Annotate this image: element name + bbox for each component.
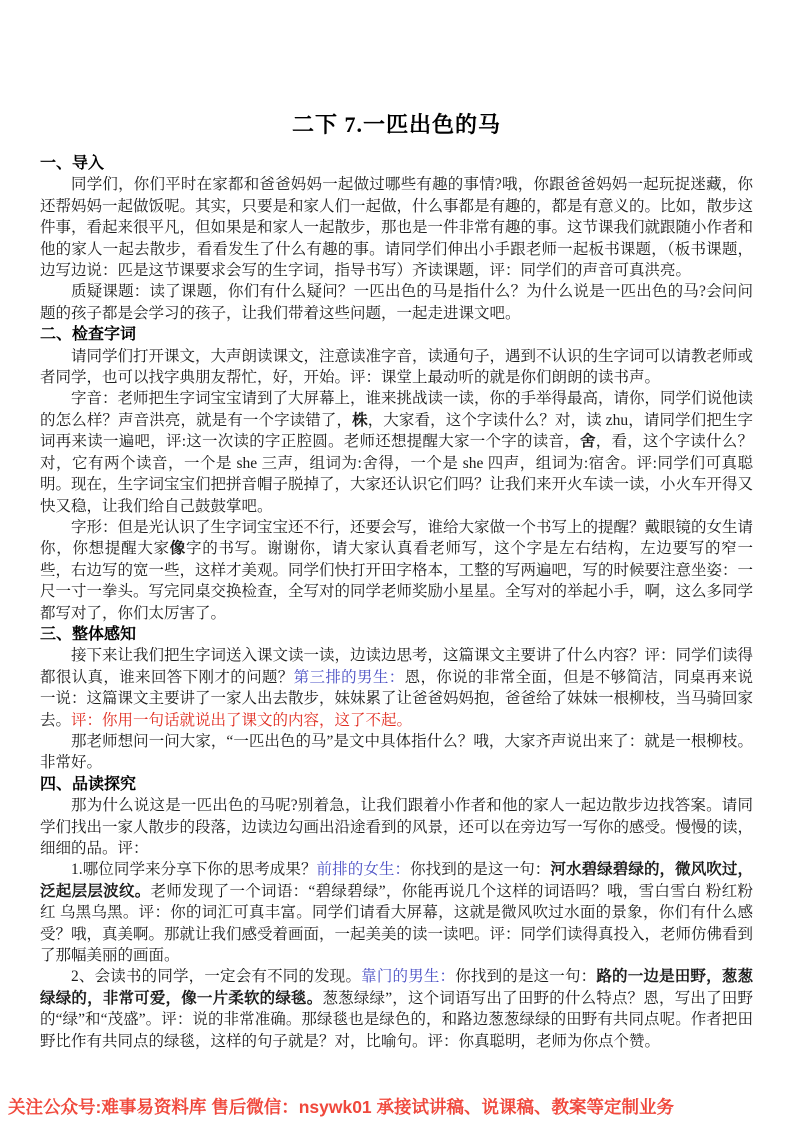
paragraph: 那老师想问一问大家，“一匹出色的马”是文中具体指什么？哦，大家齐声说出来了：就是… bbox=[40, 731, 753, 774]
text-run: 你找到的是这一句： bbox=[410, 861, 550, 878]
text-run-bold: 舍 bbox=[580, 433, 596, 450]
paragraph: 字形：但是光认识了生字词宝宝还不行，还要会写，谁给大家做一个书写上的提醒？戴眼镜… bbox=[40, 517, 753, 624]
paragraph: 同学们，你们平时在家都和爸爸妈妈一起做过哪些有趣的事情?哦，你跟爸爸妈妈一起玩捉… bbox=[40, 174, 753, 281]
paragraph: 字音：老师把生字词宝宝请到了大屏幕上，谁来挑战读一读，你的手举得最高，请你，同学… bbox=[40, 388, 753, 516]
text-run: 请同学们打开课文，大声朗读课文，注意读准字音，读通句子，遇到不认识的生字词可以请… bbox=[40, 348, 753, 386]
text-run-red: 评：你用一句话就说出了课文的内容，这了不起。 bbox=[71, 712, 412, 729]
text-run-bold: 株 bbox=[352, 412, 368, 429]
paragraph: 接下来让我们把生字词送入课文读一读，边读边思考，这篇课文主要讲了什么内容？评：同… bbox=[40, 645, 753, 731]
text-run-blue: 前排的女生： bbox=[317, 861, 411, 878]
document-page: 二下 7.一匹出色的马 一、导入同学们，你们平时在家都和爸爸妈妈一起做过哪些有趣… bbox=[0, 0, 793, 1122]
text-run: 四、品读探究 bbox=[40, 776, 136, 793]
document-body: 一、导入同学们，你们平时在家都和爸爸妈妈一起做过哪些有趣的事情?哦，你跟爸爸妈妈… bbox=[40, 153, 753, 1052]
text-run: 那为什么说这是一匹出色的马呢?别着急，让我们跟着小作者和他的家人一起边散步边找答… bbox=[40, 797, 753, 857]
text-run: 那老师想问一问大家，“一匹出色的马”是文中具体指什么？哦，大家齐声说出来了：就是… bbox=[40, 733, 753, 771]
paragraph: 请同学们打开课文，大声朗读课文，注意读准字音，读通句子，遇到不认识的生字词可以请… bbox=[40, 346, 753, 389]
paragraph: 那为什么说这是一匹出色的马呢?别着急，让我们跟着小作者和他的家人一起边散步边找答… bbox=[40, 795, 753, 859]
paragraph: 2、会读书的同学，一定会有不同的发现。靠门的男生：你找到的是这一句：路的一边是田… bbox=[40, 966, 753, 1052]
text-run: 质疑课题：读了课题，你们有什么疑问？一匹出色的马是指什么？为什么说是一匹出色的马… bbox=[40, 283, 753, 321]
paragraph: 质疑课题：读了课题，你们有什么疑问？一匹出色的马是指什么？为什么说是一匹出色的马… bbox=[40, 281, 753, 324]
text-run-blue: 第三排的男生： bbox=[294, 669, 405, 686]
text-run-bold: 像 bbox=[170, 540, 186, 557]
text-run-blue: 靠门的男生： bbox=[361, 968, 455, 985]
section-heading: 四、品读探究 bbox=[40, 774, 753, 795]
text-run: 2、会读书的同学，一定会有不同的发现。 bbox=[71, 968, 361, 985]
text-run: 你找到的是这一句： bbox=[455, 968, 596, 985]
text-run: 一、导入 bbox=[40, 155, 104, 172]
footer-promo-banner: 关注公众号:难事易资料库 售后微信：nsywk01 承接试讲稿、说课稿、教案等定… bbox=[8, 1096, 787, 1118]
text-run: 三、整体感知 bbox=[40, 626, 136, 643]
document-content: 二下 7.一匹出色的马 一、导入同学们，你们平时在家都和爸爸妈妈一起做过哪些有趣… bbox=[40, 108, 753, 1052]
section-heading: 二、检查字词 bbox=[40, 324, 753, 345]
section-heading: 一、导入 bbox=[40, 153, 753, 174]
text-run: 1.哪位同学来分享下你的思考成果？ bbox=[71, 861, 317, 878]
page-title: 二下 7.一匹出色的马 bbox=[40, 108, 753, 139]
section-heading: 三、整体感知 bbox=[40, 624, 753, 645]
text-run: 二、检查字词 bbox=[40, 326, 136, 343]
paragraph: 1.哪位同学来分享下你的思考成果？前排的女生：你找到的是这一句：河水碧绿碧绿的，… bbox=[40, 859, 753, 966]
text-run: 同学们，你们平时在家都和爸爸妈妈一起做过哪些有趣的事情?哦，你跟爸爸妈妈一起玩捉… bbox=[40, 176, 753, 279]
